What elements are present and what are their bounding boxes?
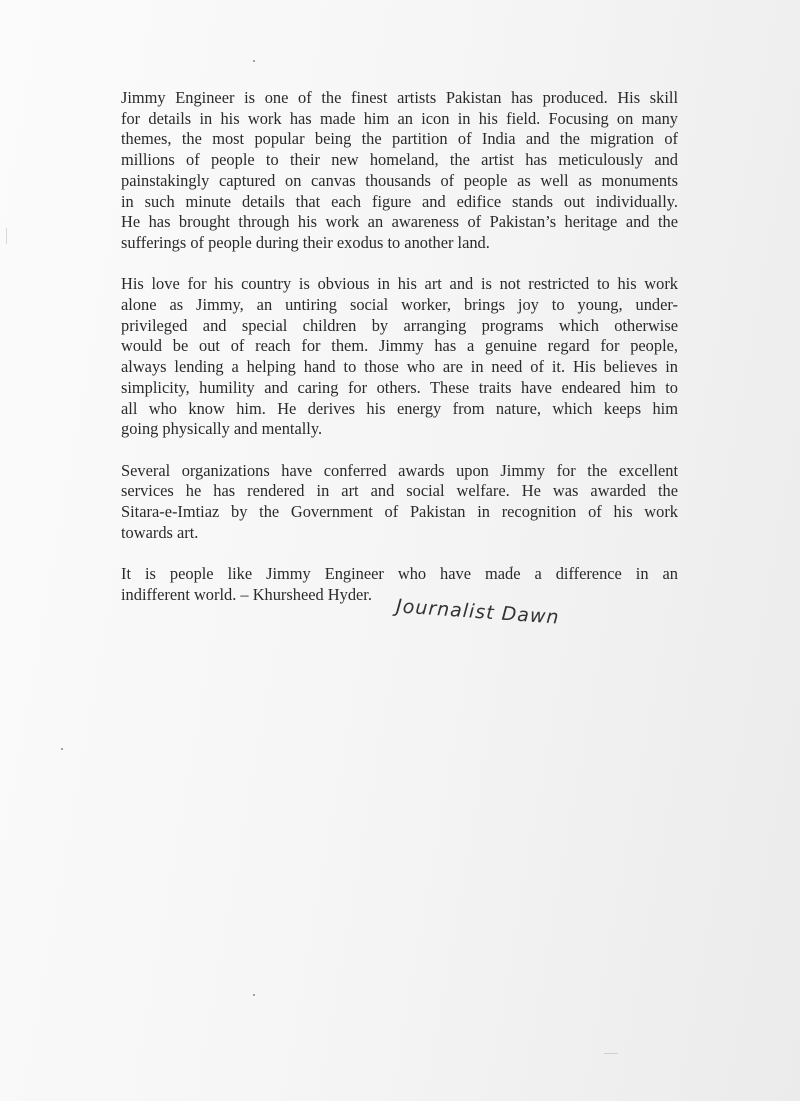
scan-speck [61,748,63,750]
text-line: alone as Jimmy, an untiring social worke… [121,295,678,316]
text-line: in such minute details that each figure … [121,192,678,213]
text-line: for details in his work has made him an … [121,109,678,130]
paragraph-social-work: His love for his country is obvious in h… [121,274,678,440]
scan-speck [511,566,513,568]
text-line: all who know him. He derives his energy … [121,399,678,420]
text-line: always lending a helping hand to those w… [121,357,678,378]
text-line: He has brought through his work an aware… [121,212,678,233]
scan-speck [253,60,255,62]
text-line: Jimmy Engineer is one of the finest arti… [121,88,678,109]
text-line: going physically and mentally. [121,419,678,440]
text-line: towards art. [121,523,678,544]
paragraph-intro: Jimmy Engineer is one of the finest arti… [121,88,678,254]
document-body: Jimmy Engineer is one of the finest arti… [121,88,678,626]
scan-margin-mark [6,228,7,244]
text-line: Sitara-e-Imtiaz by the Government of Pak… [121,502,678,523]
text-line: It is people like Jimmy Engineer who hav… [121,564,678,585]
text-line: simplicity, humility and caring for othe… [121,378,678,399]
scan-speck [253,994,255,996]
text-line: sufferings of people during their exodus… [121,233,678,254]
paragraph-awards: Several organizations have conferred awa… [121,461,678,544]
text-line: His love for his country is obvious in h… [121,274,678,295]
text-line: themes, the most popular being the parti… [121,129,678,150]
text-line: privileged and special children by arran… [121,316,678,337]
text-line: painstakingly captured on canvas thousan… [121,171,678,192]
text-line: Several organizations have conferred awa… [121,461,678,482]
scan-bottom-mark [604,1053,618,1054]
text-line: services he has rendered in art and soci… [121,481,678,502]
scanned-page: Jimmy Engineer is one of the finest arti… [0,0,800,1101]
text-line: millions of people to their new homeland… [121,150,678,171]
text-line: would be out of reach for them. Jimmy ha… [121,336,678,357]
